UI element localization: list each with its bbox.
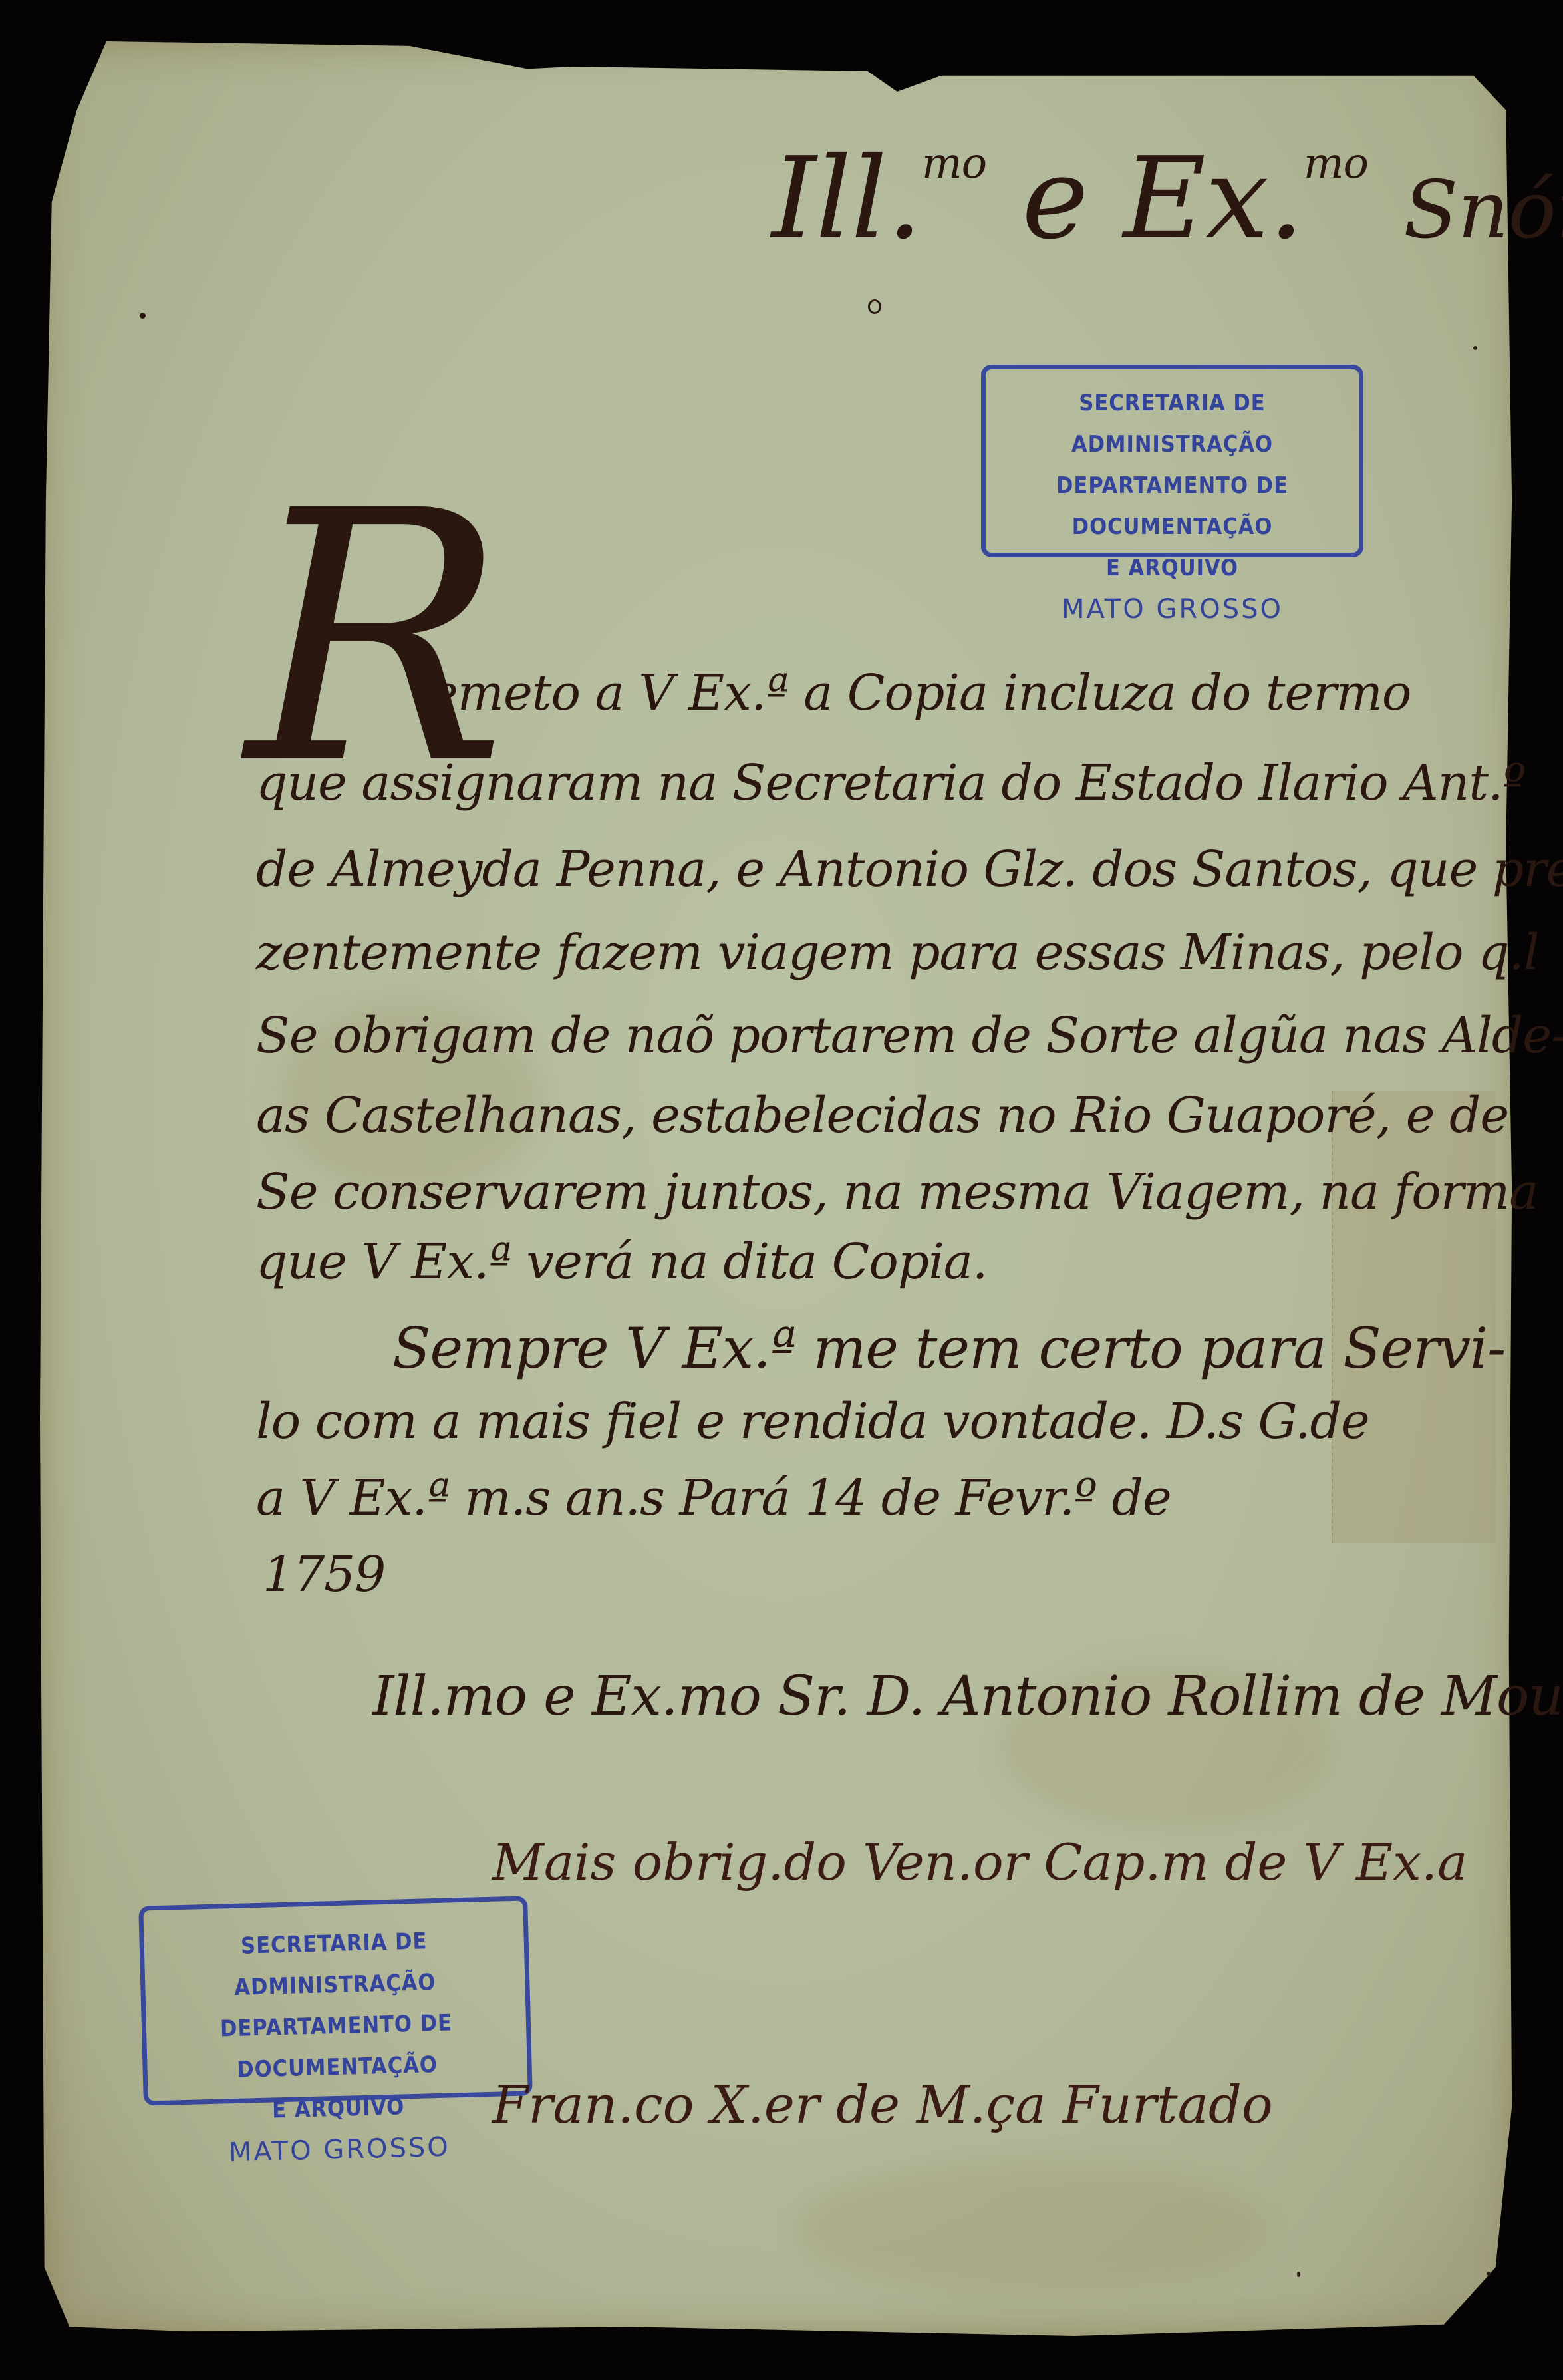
text-line-1: emeto a V Ex.ª a Copia incluza do termo: [429, 669, 1411, 718]
text-line-8: que V Ex.ª verá na dita Copia.: [256, 1237, 987, 1286]
stamp-line-mato-grosso: MATO GROSSO: [986, 589, 1359, 630]
text-line-9: Sempre V Ex.ª me tem certo para Servi-: [392, 1320, 1505, 1376]
ink-speck: [140, 313, 146, 319]
stamp-line-secretaria: SECRETARIA DE ADMINISTRAÇÃO: [144, 1918, 525, 2011]
text-line-3: de Almeyda Penna, e Antonio Glz. dos San…: [256, 845, 1563, 894]
stamp-line-arquivo: E ARQUIVO: [986, 547, 1359, 589]
text-line-5: Se obrigam de naõ portarem de Sorte algũ…: [256, 1011, 1563, 1060]
text-line-date-year: 1759: [263, 1550, 385, 1599]
ink-speck: [1297, 2272, 1300, 2277]
salutation: Ill.mo e Ex.mo Snór.: [772, 133, 1563, 265]
stamp-line-departamento: DEPARTAMENTO DE DOCUMENTAÇÃO: [146, 2001, 527, 2093]
archive-stamp-top: SECRETARIA DE ADMINISTRAÇÃO DEPARTAMENTO…: [981, 365, 1363, 557]
signature: Fran.co X.er de M.ça Furtado: [492, 2075, 1273, 2135]
text-line-10: lo com a mais fiel e rendida vontade. D.…: [256, 1397, 1369, 1446]
text-line-2: que assignaram na Secretaria do Estado I…: [256, 758, 1525, 808]
text-line-7: Se conservarem juntos, na mesma Viagem, …: [256, 1167, 1538, 1217]
closing-line: Mais obrig.do Ven.or Cap.m de V Ex.a: [492, 1833, 1467, 1892]
text-line-11: a V Ex.ª m.s an.s Pará 14 de Fevr.º de: [256, 1473, 1171, 1523]
archive-stamp-bottom: SECRETARIA DE ADMINISTRAÇÃO DEPARTAMENTO…: [138, 1896, 533, 2105]
salutation-sup-mo-2: mo: [1304, 139, 1368, 188]
paper-stain: [798, 2162, 1264, 2295]
text-line-6: as Castelhanas, estabelecidas no Rio Gua…: [256, 1091, 1508, 1140]
stamp-line-departamento: DEPARTAMENTO DE DOCUMENTAÇÃO: [986, 465, 1359, 547]
addressee-line: Ill.mo e Ex.mo Sr. D. Antonio Rollim de …: [372, 1670, 1563, 1724]
ink-speck: [1487, 2272, 1491, 2276]
stamp-line-secretaria: SECRETARIA DE ADMINISTRAÇÃO: [986, 382, 1359, 465]
salutation-ill: Ill.: [772, 133, 922, 265]
salutation-ex: e Ex.: [1022, 133, 1304, 265]
ink-circle-mark: [868, 299, 881, 314]
text-line-4: zentemente fazem viagem para essas Minas…: [256, 928, 1539, 977]
salutation-sup-mo: mo: [922, 139, 986, 188]
salutation-snor: Snór.: [1403, 164, 1563, 257]
ink-speck: [1473, 346, 1477, 350]
